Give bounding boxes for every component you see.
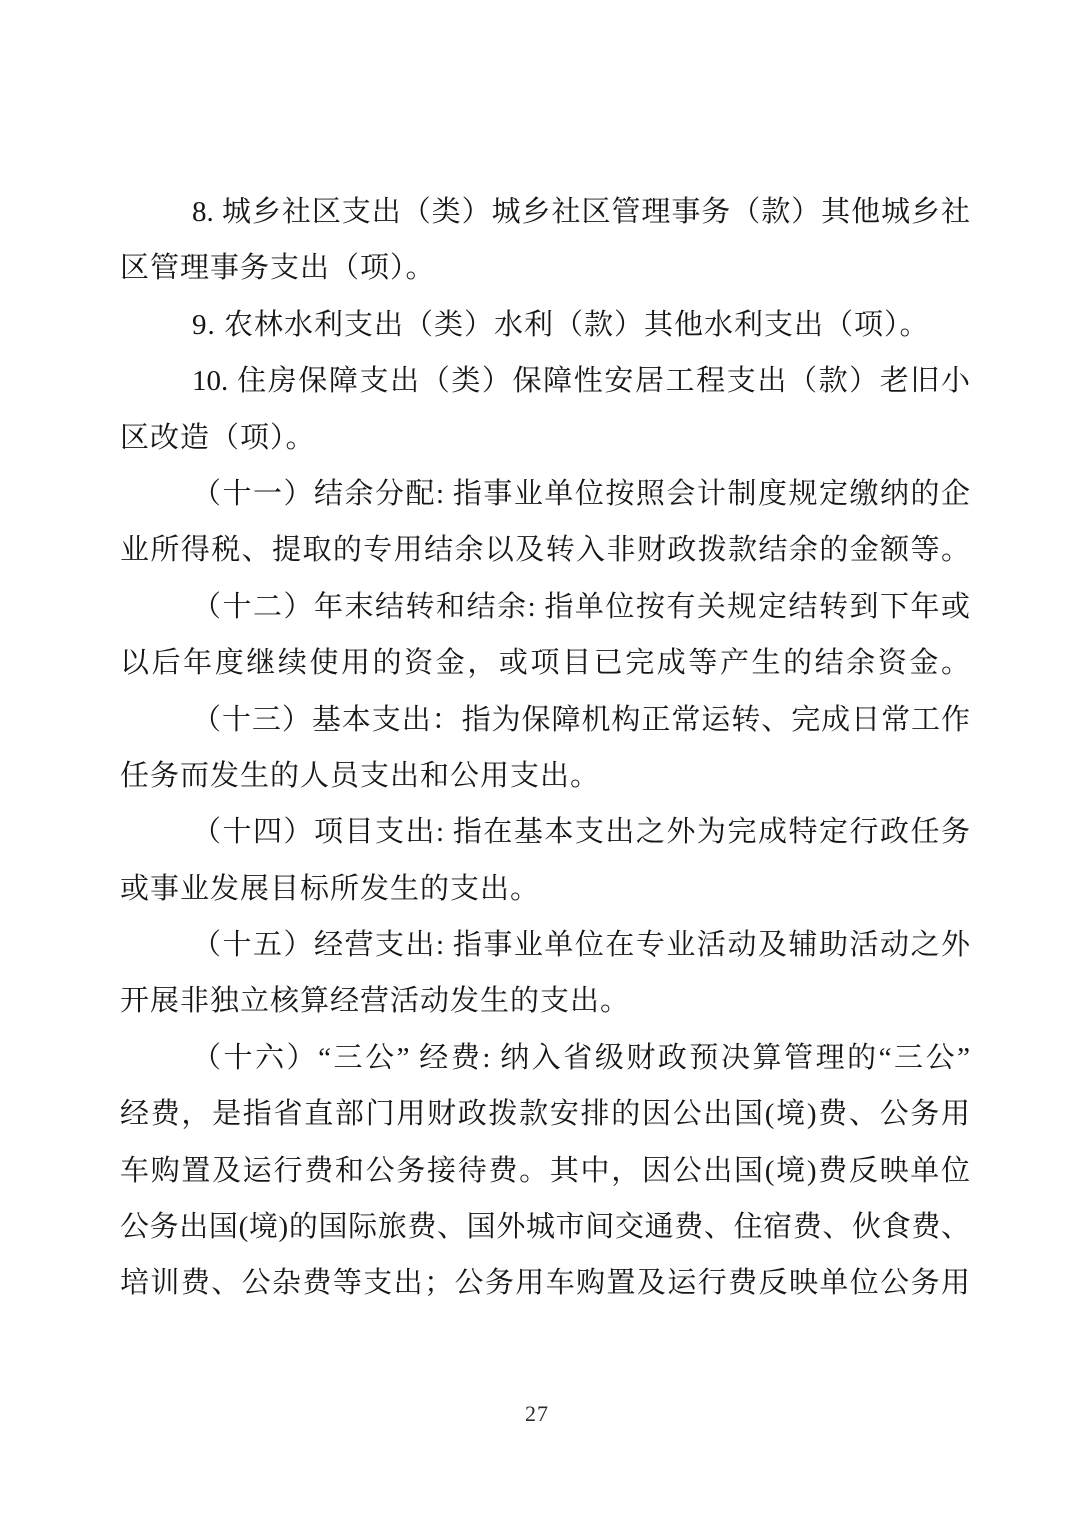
- text-line-7: 业所得税、提取的专用结余以及转入非财政拨款结余的金额等。: [120, 522, 970, 578]
- page-number: 27: [525, 1401, 549, 1426]
- text-line-19: 公务出国(境)的国际旅费、国外城市间交通费、住宿费、伙食费、: [120, 1199, 970, 1255]
- text-line-16: （十六）“三公” 经费: 纳入省级财政预决算管理的“三公”: [120, 1030, 970, 1086]
- text-line-2: 区管理事务支出（项）。: [120, 240, 970, 296]
- text-line-11: 任务而发生的人员支出和公用支出。: [120, 748, 970, 804]
- text-line-6: （十一）结余分配: 指事业单位按照会计制度规定缴纳的企: [120, 466, 970, 522]
- text-line-17: 经费，是指省直部门用财政拨款安排的因公出国(境)费、公务用: [120, 1086, 970, 1142]
- text-line-9: 以后年度继续使用的资金，或项目已完成等产生的结余资金。: [120, 635, 970, 691]
- text-line-18: 车购置及运行费和公务接待费。其中，因公出国(境)费反映单位: [120, 1143, 970, 1199]
- text-line-20: 培训费、公杂费等支出；公务用车购置及运行费反映单位公务用: [120, 1255, 970, 1311]
- document-page: 8. 城乡社区支出（类）城乡社区管理事务（款）其他城乡社区管理事务支出（项）。9…: [0, 0, 1074, 1520]
- text-line-4: 10. 住房保障支出（类）保障性安居工程支出（款）老旧小: [120, 353, 970, 409]
- text-line-1: 8. 城乡社区支出（类）城乡社区管理事务（款）其他城乡社: [120, 184, 970, 240]
- page-footer: 27: [0, 1401, 1074, 1427]
- text-line-5: 区改造（项）。: [120, 410, 970, 466]
- text-line-12: （十四）项目支出: 指在基本支出之外为完成特定行政任务: [120, 804, 970, 860]
- text-line-8: （十二）年末结转和结余: 指单位按有关规定结转到下年或: [120, 579, 970, 635]
- text-line-3: 9. 农林水利支出（类）水利（款）其他水利支出（项）。: [120, 297, 970, 353]
- text-line-14: （十五）经营支出: 指事业单位在专业活动及辅助活动之外: [120, 917, 970, 973]
- text-line-13: 或事业发展目标所发生的支出。: [120, 861, 970, 917]
- text-line-10: （十三）基本支出：指为保障机构正常运转、完成日常工作: [120, 692, 970, 748]
- text-line-15: 开展非独立核算经营活动发生的支出。: [120, 973, 970, 1029]
- document-body: 8. 城乡社区支出（类）城乡社区管理事务（款）其他城乡社区管理事务支出（项）。9…: [120, 184, 970, 1312]
